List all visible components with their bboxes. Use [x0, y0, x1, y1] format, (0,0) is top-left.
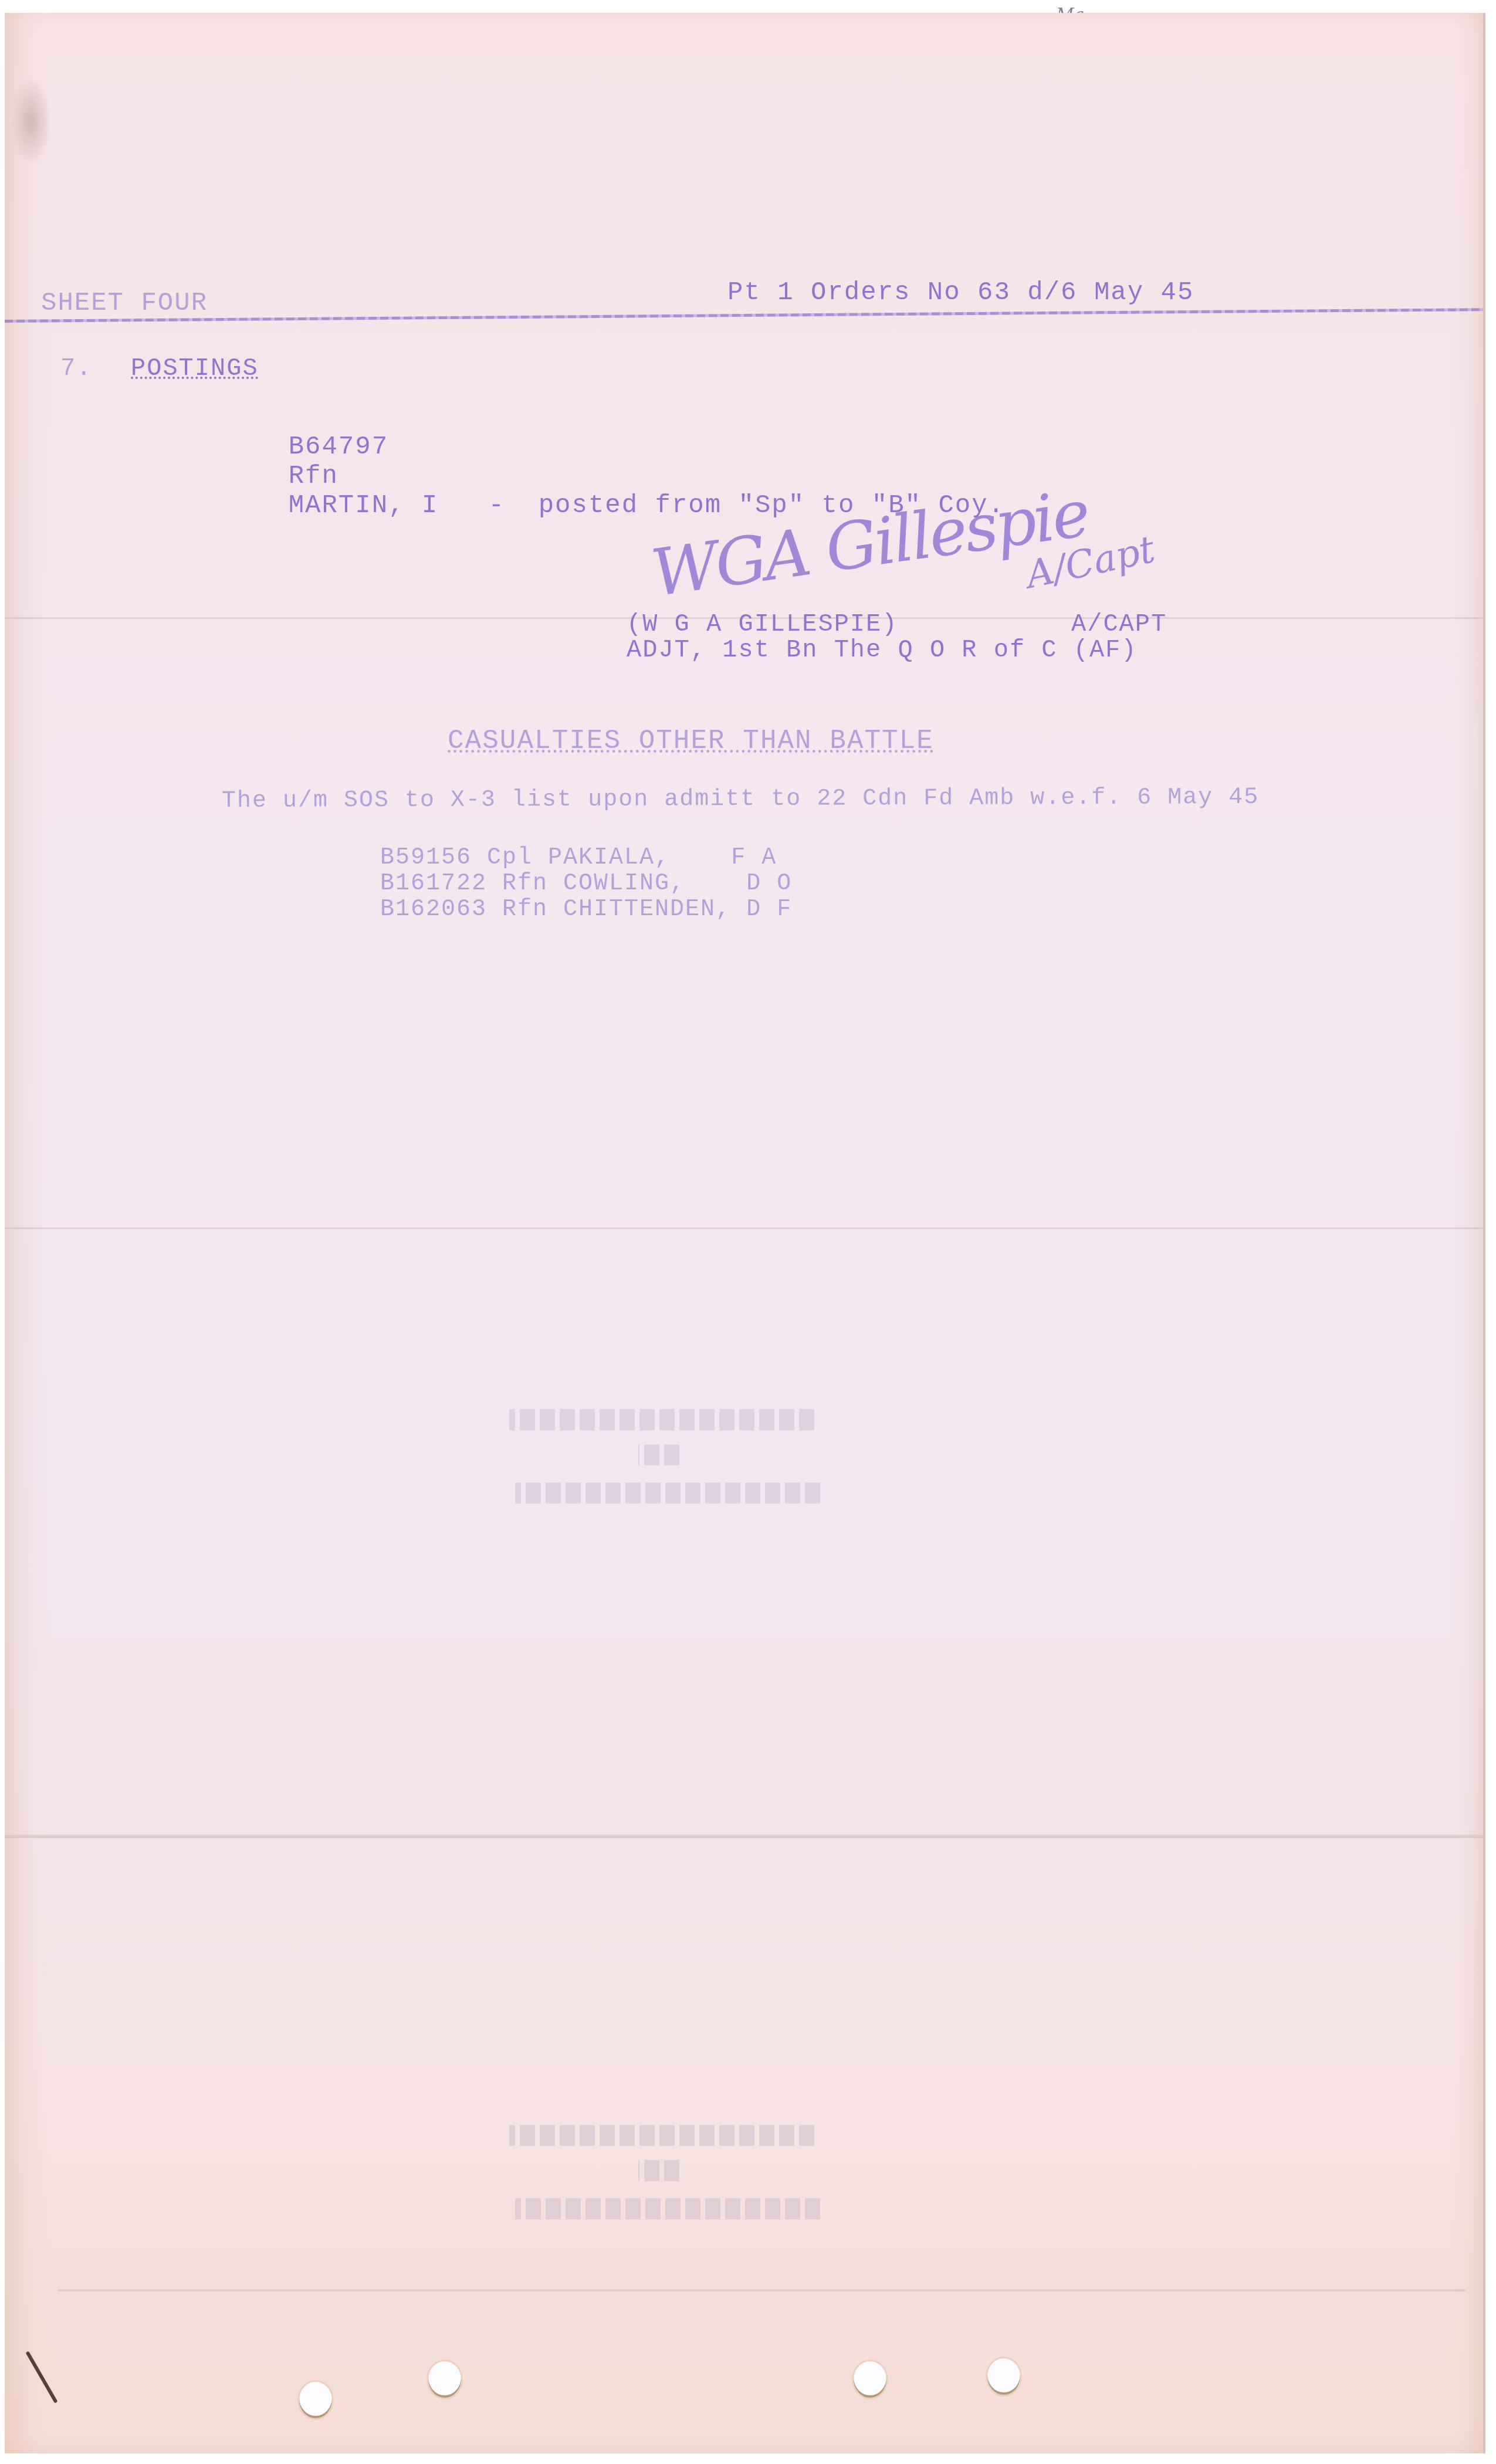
- bleed-through-text: [638, 1444, 679, 1465]
- section-title: POSTINGS: [131, 354, 259, 383]
- service-number: B64797: [289, 432, 388, 462]
- bleed-through-text: [515, 1483, 820, 1504]
- casualties-title: CASUALTIES OTHER THAN BATTLE: [448, 726, 934, 756]
- punch-hole: [854, 2361, 886, 2398]
- bleed-through-text: [509, 2125, 814, 2146]
- signatory-rank: A/CAPT: [1071, 610, 1167, 638]
- service-number: B59156: [380, 845, 472, 871]
- initials: D O: [746, 871, 792, 897]
- section-number: 7.: [60, 354, 92, 383]
- orders-reference: Pt 1 Orders No 63 d/6 May 45: [727, 278, 1194, 307]
- soldier-name: COWLING,: [563, 871, 685, 897]
- rank: Rfn: [502, 871, 548, 897]
- paper-fold: [5, 1227, 1483, 1229]
- soldier-name: PAKIALA,: [548, 845, 670, 871]
- punch-hole: [299, 2382, 332, 2418]
- signatory-appointment: ADJT, 1st Bn The Q O R of C (AF): [627, 636, 1138, 664]
- bleed-through-text: [509, 1409, 814, 1430]
- casualty-row: B161722 Rfn COWLING, D O: [380, 871, 792, 897]
- paper-tear: [25, 2351, 57, 2404]
- header-rule: [5, 308, 1483, 323]
- paper-stain: [11, 77, 52, 165]
- separator: -: [488, 491, 505, 520]
- soldier-name: MARTIN, I: [289, 491, 439, 520]
- bleed-through-text: [515, 2198, 820, 2219]
- casualty-row: B59156 Cpl PAKIALA, F A: [380, 845, 777, 871]
- sheet-label: SHEET FOUR: [41, 289, 208, 318]
- initials: D F: [746, 896, 792, 923]
- bleed-through-rule: [57, 2289, 1465, 2292]
- rank: Rfn: [289, 462, 339, 491]
- rank: Rfn: [502, 896, 548, 923]
- service-number: B162063: [380, 896, 487, 923]
- document-page: SHEET FOUR Pt 1 Orders No 63 d/6 May 45 …: [5, 13, 1485, 2453]
- initials: F A: [731, 845, 777, 871]
- punch-hole: [987, 2358, 1020, 2395]
- soldier-name: CHITTENDEN,: [563, 896, 731, 923]
- service-number: B161722: [380, 871, 487, 897]
- casualty-row: B162063 Rfn CHITTENDEN, D F: [380, 896, 792, 923]
- bleed-through-text: [638, 2160, 679, 2181]
- signatory-name: (W G A GILLESPIE): [627, 610, 898, 638]
- rank: Cpl: [487, 845, 533, 871]
- punch-hole: [428, 2361, 461, 2398]
- casualties-intro: The u/m SOS to X-3 list upon admitt to 2…: [222, 784, 1259, 814]
- paper-fold: [5, 1835, 1483, 1838]
